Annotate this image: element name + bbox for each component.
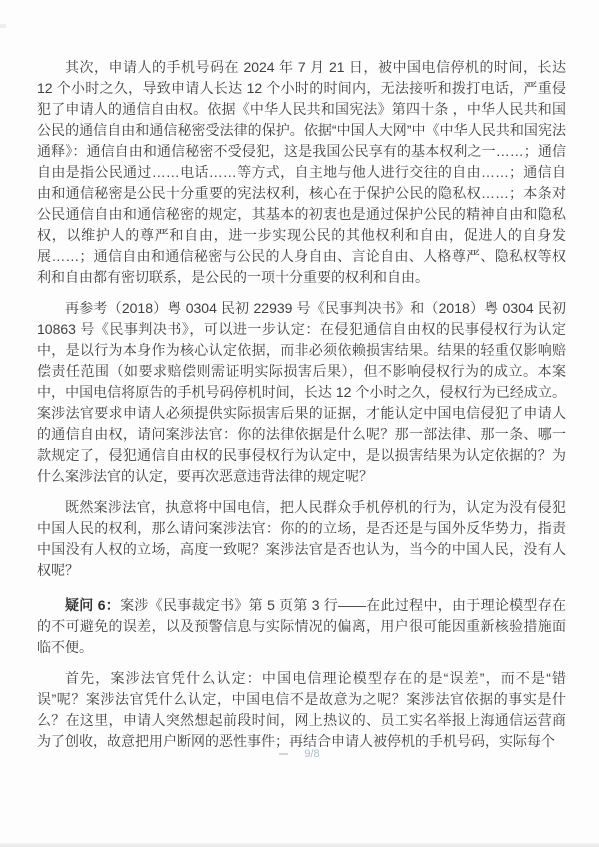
paragraph-first-point: 首先，案涉法官凭什么认定：中国电信理论模型存在的是“误差”，而不是“错误”呢？案… <box>37 668 566 752</box>
page-number: 9/8 <box>304 748 319 760</box>
document-page: 其次，申请人的手机号码在 2024 年 7 月 21 日，被中国电信停机的时间，… <box>0 0 599 847</box>
footer-dash <box>279 753 288 755</box>
paragraph-precedent-judgments: 再参考（2018）粤 0304 民初 22939 号《民事判决书》和（2018）… <box>37 298 566 487</box>
question-6-label: 疑问 6： <box>65 597 120 613</box>
page-footer: 9/8 <box>0 747 599 761</box>
paragraph-stoppage-facts: 其次，申请人的手机号码在 2024 年 7 月 21 日，被中国电信停机的时间，… <box>37 57 566 288</box>
paragraph-question-6: 疑问 6：案涉《民事裁定书》第 5 页第 3 行——在此过程中，由于理论模型存在… <box>37 595 566 658</box>
paragraph-judge-position-question: 既然案涉法官，执意将中国电信，把人民群众手机停机的行为，认定为没有侵犯中国人民的… <box>37 497 566 581</box>
